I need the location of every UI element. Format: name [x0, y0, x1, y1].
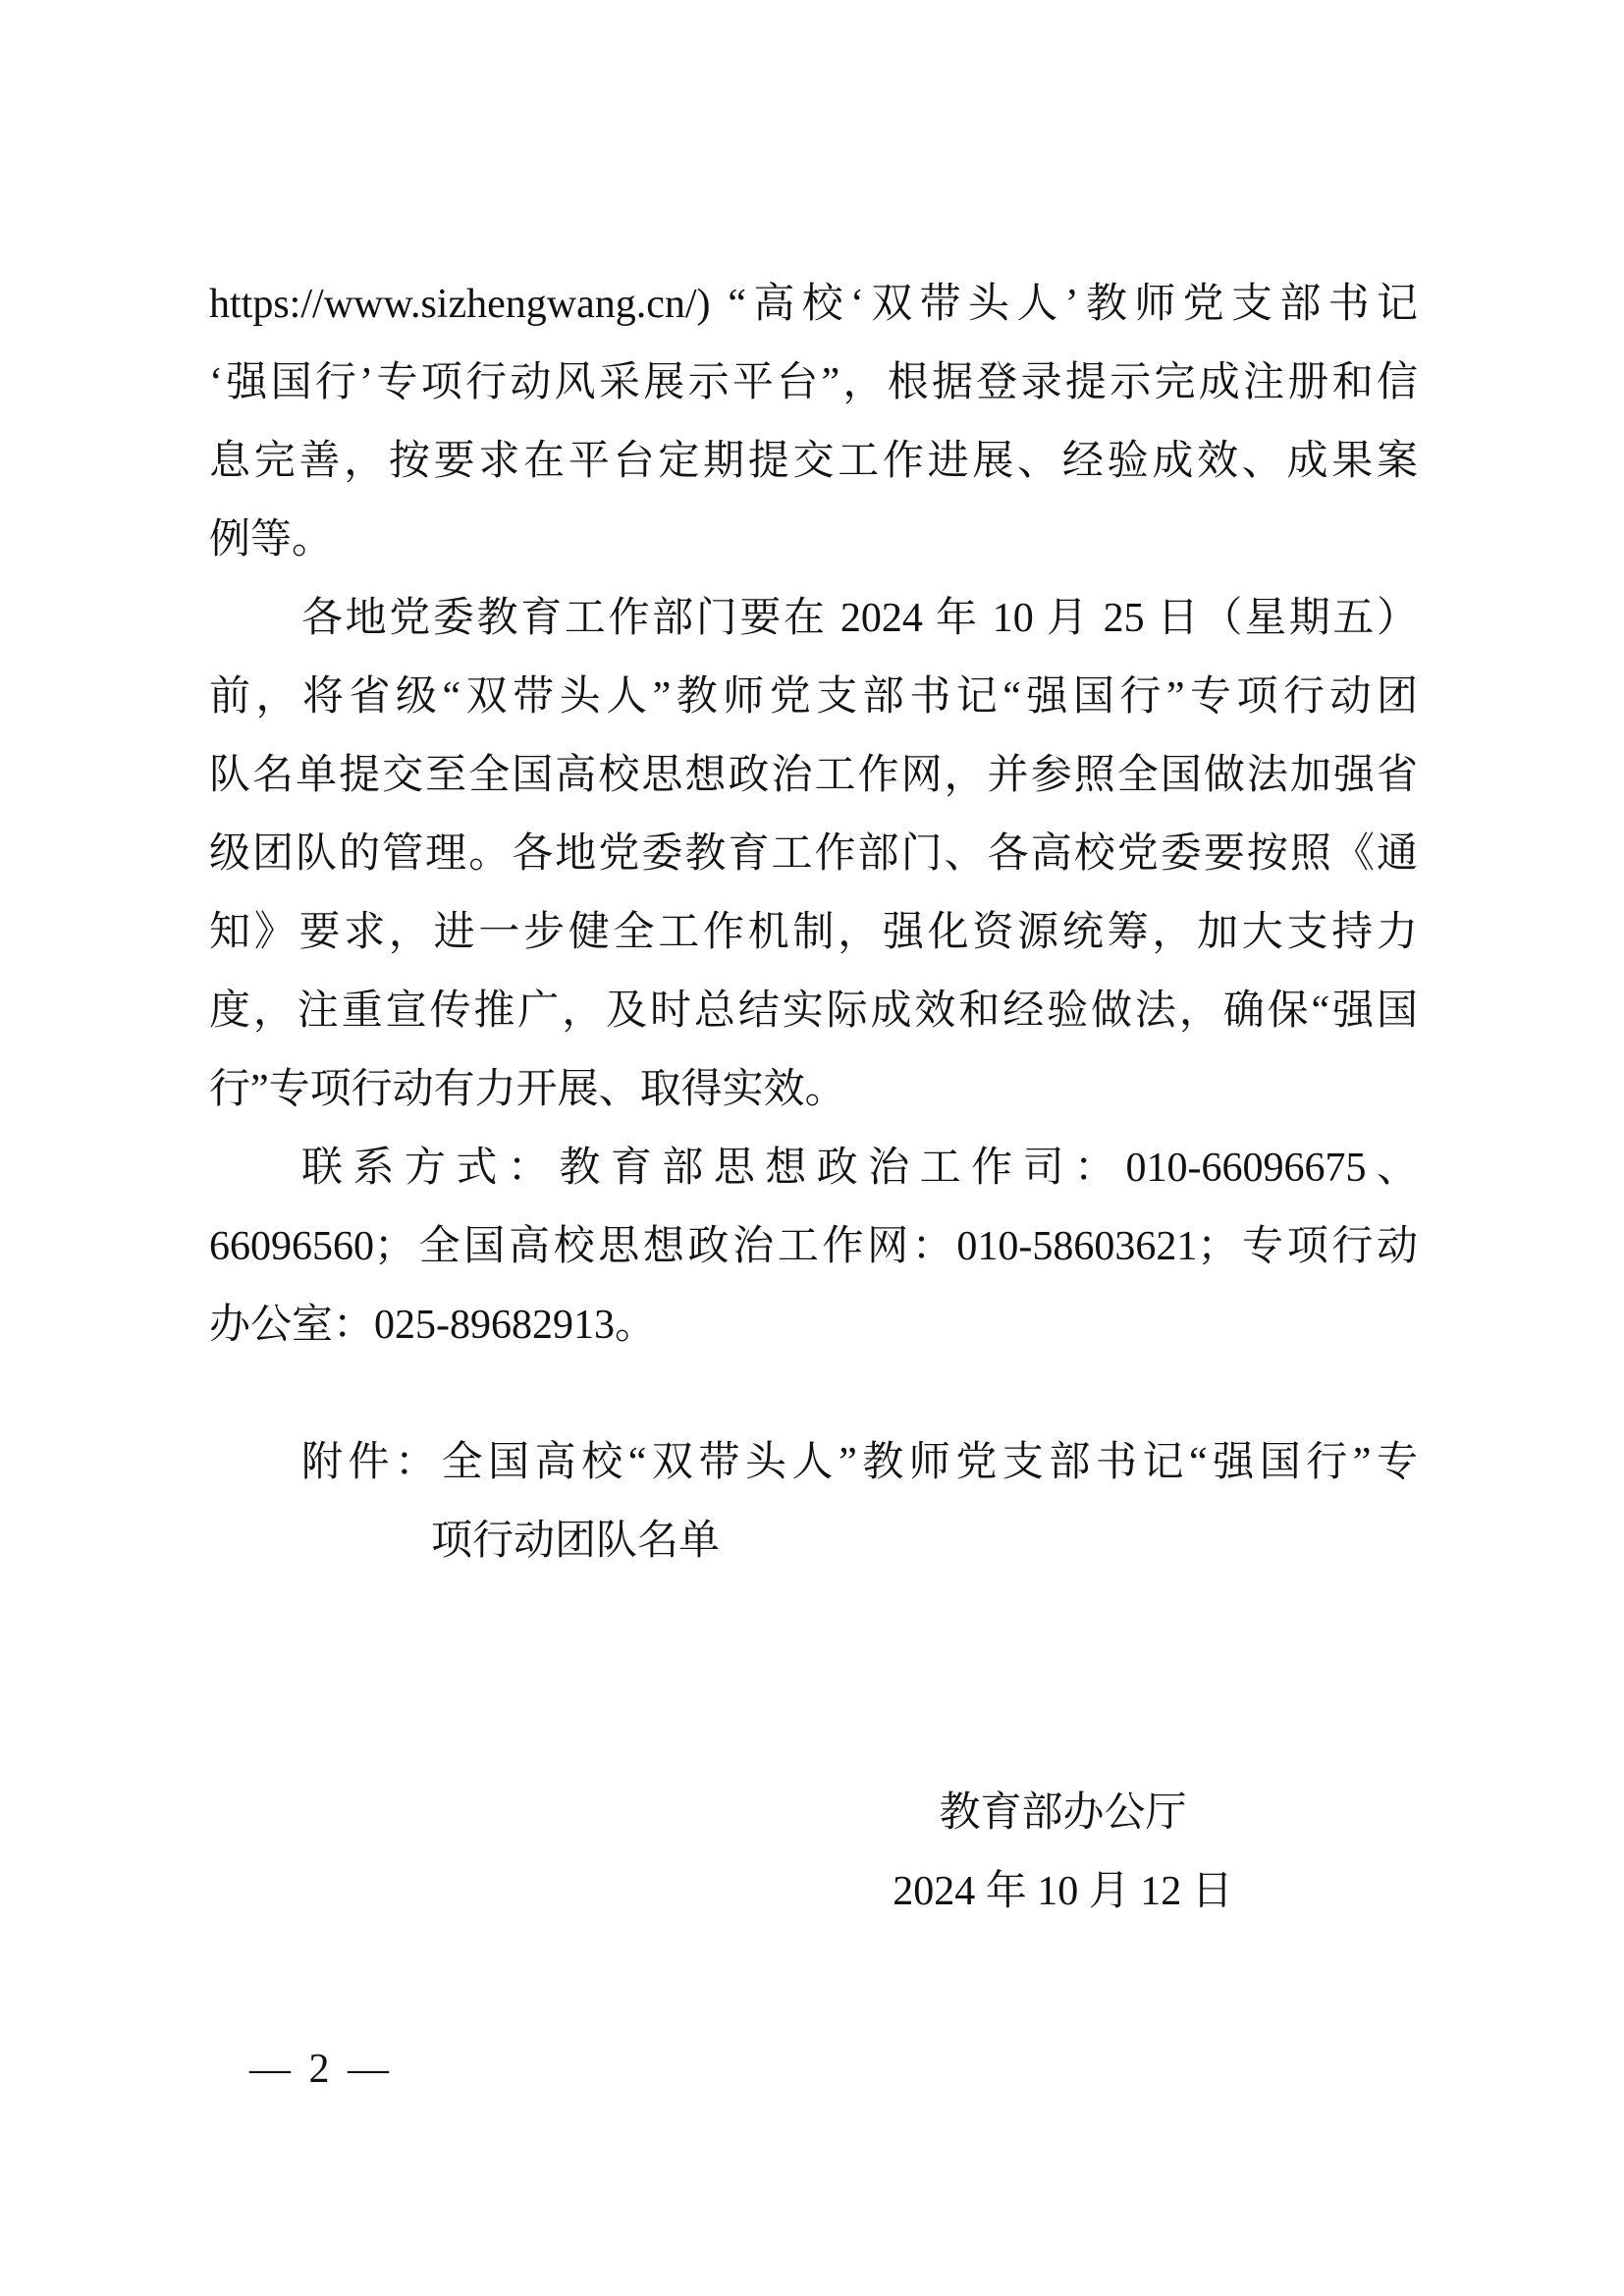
body-line-1: https://www.sizhengwang.cn/) “高校‘双带头人’教师… — [209, 265, 1418, 344]
body-line-11: 行”专项行动有力开展、取得实效。 — [209, 1050, 1418, 1129]
body-line-2: ‘强国行’专项行动风采展示平台”，根据登录提示完成注册和信 — [209, 344, 1418, 422]
body-line-14: 办公室：025-89682913。 — [209, 1286, 1418, 1364]
body-line-8: 级团队的管理。各地党委教育工作部门、各高校党委要按照《通 — [209, 815, 1418, 893]
body-line-10: 度，注重宣传推广，及时总结实际成效和经验做法，确保“强国 — [209, 972, 1418, 1050]
body-line-4: 例等。 — [209, 501, 1418, 579]
body-line-7: 队名单提交至全国高校思想政治工作网，并参照全国做法加强省 — [209, 736, 1418, 815]
issue-date: 2024 年 10 月 12 日 — [785, 1852, 1340, 1931]
issuer-name: 教育部办公厅 — [785, 1774, 1340, 1852]
attachment-line-2: 项行动团队名单 — [209, 1502, 1418, 1580]
body-line-13: 66096560；全国高校思想政治工作网：010-58603621；专项行动 — [209, 1207, 1418, 1286]
page-number: — 2 — — [249, 2030, 393, 2109]
body-line-9: 知》要求，进一步健全工作机制，强化资源统筹，加大支持力 — [209, 893, 1418, 972]
signature-block: 教育部办公厅 2024 年 10 月 12 日 — [785, 1774, 1340, 1931]
document-page: https://www.sizhengwang.cn/) “高校‘双带头人’教师… — [0, 0, 1624, 2296]
attachment-note: 附件：全国高校“双带头人”教师党支部书记“强国行”专 项行动团队名单 — [209, 1423, 1418, 1580]
attachment-line-1: 附件：全国高校“双带头人”教师党支部书记“强国行”专 — [209, 1423, 1418, 1502]
body-line-3: 息完善，按要求在平台定期提交工作进展、经验成效、成果案 — [209, 422, 1418, 501]
document-body: https://www.sizhengwang.cn/) “高校‘双带头人’教师… — [209, 265, 1418, 1364]
body-line-5: 各地党委教育工作部门要在 2024 年 10 月 25 日（星期五） — [209, 579, 1418, 658]
body-line-12: 联系方式：教育部思想政治工作司：010-66096675、 — [209, 1129, 1418, 1207]
body-line-6: 前，将省级“双带头人”教师党支部书记“强国行”专项行动团 — [209, 658, 1418, 736]
